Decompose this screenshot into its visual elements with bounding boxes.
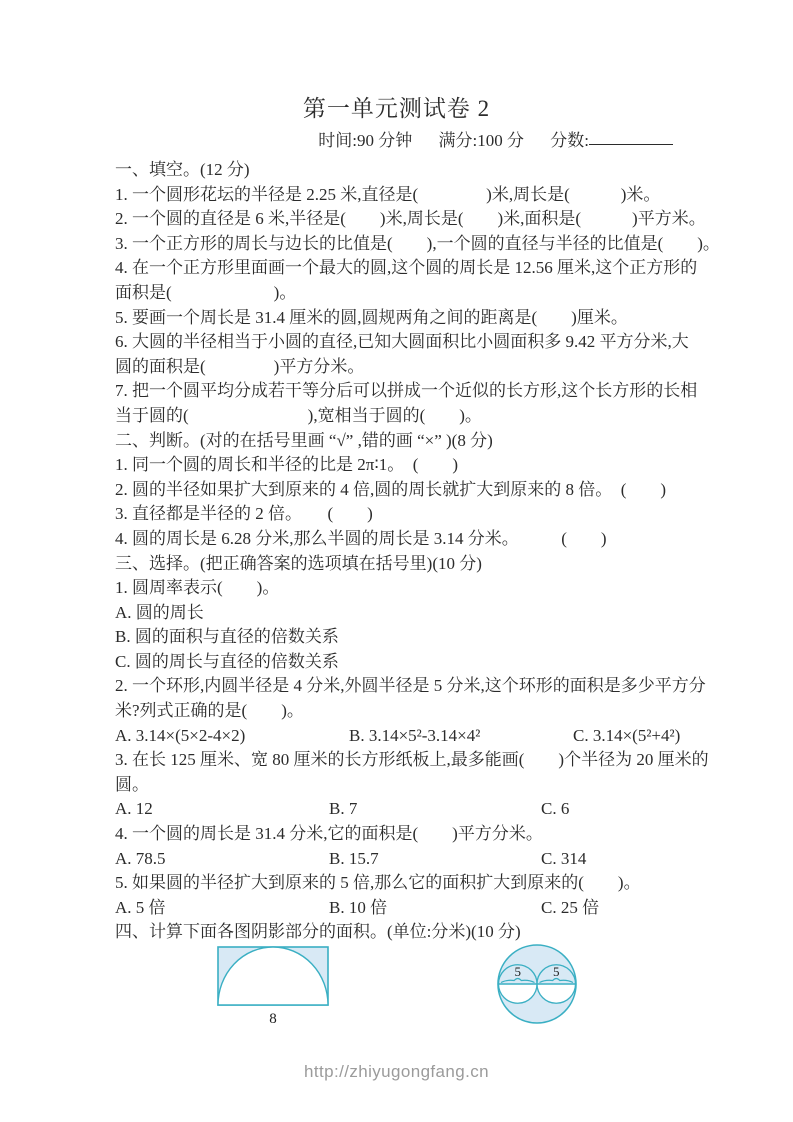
double-circle-figure: 5 5: [495, 942, 581, 1028]
choice-q4: 4. 一个圆的周长是 31.4 分米,它的面积是( )平方分米。: [115, 822, 793, 847]
choice-q5-options-row: A. 5 倍 B. 10 倍 C. 25 倍: [115, 896, 793, 921]
choice-q3-line2: 圆。: [115, 773, 793, 798]
time-label: 时间:90 分钟: [318, 131, 412, 150]
exam-info-line: 时间:90 分钟 满分:100 分 分数:: [0, 130, 673, 152]
right-small-circle-label: 5: [553, 964, 560, 979]
fill-q2: 2. 一个圆的直径是 6 米,半径是( )米,周长是( )米,面积是( )平方米…: [115, 207, 793, 232]
judge-q2: 2. 圆的半径如果扩大到原来的 4 倍,圆的周长就扩大到原来的 8 倍。 ( ): [115, 478, 793, 503]
page-title: 第一单元测试卷 2: [0, 0, 793, 122]
choice-q4-option-b: B. 15.7: [329, 847, 541, 872]
judge-q1: 1. 同一个圆的周长和半径的比是 2π∶1。 ( ): [115, 453, 793, 478]
fill-q7-line1: 7. 把一个圆平均分成若干等分后可以拼成一个近似的长方形,这个长方形的长相: [115, 379, 793, 404]
fill-q1: 1. 一个圆形花坛的半径是 2.25 米,直径是( )米,周长是( )米。: [115, 183, 793, 208]
section-fill-heading: 一、填空。(12 分): [115, 158, 793, 183]
choice-q2-line2: 米?列式正确的是( )。: [115, 699, 793, 724]
watermark-url: http://zhiyugongfang.cn: [0, 1062, 793, 1082]
choice-q3-option-c: C. 6: [541, 797, 793, 822]
choice-q3-options-row: A. 12 B. 7 C. 6: [115, 797, 793, 822]
fill-q4-line2: 面积是( )。: [115, 281, 793, 306]
choice-q3-line1: 3. 在长 125 厘米、宽 80 厘米的长方形纸板上,最多能画( )个半径为 …: [115, 748, 793, 773]
choice-q5: 5. 如果圆的半径扩大到原来的 5 倍,那么它的面积扩大到原来的( )。: [115, 871, 793, 896]
choice-q5-option-b: B. 10 倍: [329, 896, 541, 921]
choice-q2-options-row: A. 3.14×(5×2-4×2) B. 3.14×5²-3.14×4² C. …: [115, 724, 793, 749]
paper-body: 一、填空。(12 分) 1. 一个圆形花坛的半径是 2.25 米,直径是( )米…: [0, 158, 793, 1029]
choice-q5-option-a: A. 5 倍: [115, 896, 329, 921]
section-judge-heading: 二、判断。(对的在括号里画 “√” ,错的画 “×” )(8 分): [115, 429, 793, 454]
choice-q4-options-row: A. 78.5 B. 15.7 C. 314: [115, 847, 793, 872]
choice-q3-option-b: B. 7: [329, 797, 541, 822]
section-calc-heading: 四、计算下面各图阴影部分的面积。(单位:分米)(10 分): [115, 920, 793, 945]
choice-q2-option-a: A. 3.14×(5×2-4×2): [115, 724, 349, 749]
choice-q1-option-a: A. 圆的周长: [115, 601, 793, 626]
score-blank-underline: [589, 130, 673, 145]
left-small-circle-label: 5: [515, 964, 522, 979]
choice-q1: 1. 圆周率表示( )。: [115, 576, 793, 601]
choice-q3-option-a: A. 12: [115, 797, 329, 822]
rectangle-semicircle-figure: 8: [217, 946, 347, 1026]
section-choice-heading: 三、选择。(把正确答案的选项填在括号里)(10 分): [115, 552, 793, 577]
choice-q4-option-c: C. 314: [541, 847, 793, 872]
choice-q2-option-b: B. 3.14×5²-3.14×4²: [349, 724, 573, 749]
fill-q3: 3. 一个正方形的周长与边长的比值是( ),一个圆的直径与半径的比值是( )。: [115, 232, 793, 257]
score-label: 分数:: [550, 131, 589, 150]
choice-q5-option-c: C. 25 倍: [541, 896, 793, 921]
judge-q3: 3. 直径都是半径的 2 倍。 ( ): [115, 502, 793, 527]
choice-q2-option-c: C. 3.14×(5²+4²): [573, 724, 793, 749]
choice-q2-line1: 2. 一个环形,内圆半径是 4 分米,外圆半径是 5 分米,这个环形的面积是多少…: [115, 674, 793, 699]
fill-q4-line1: 4. 在一个正方形里面画一个最大的圆,这个圆的周长是 12.56 厘米,这个正方…: [115, 256, 793, 281]
rectangle-width-label: 8: [269, 1011, 277, 1026]
fill-q5: 5. 要画一个周长是 31.4 厘米的圆,圆规两角之间的距离是( )厘米。: [115, 306, 793, 331]
test-paper-page: 第一单元测试卷 2 时间:90 分钟 满分:100 分 分数: 一、填空。(12…: [0, 0, 793, 1122]
fill-q6-line2: 圆的面积是( )平方分米。: [115, 355, 793, 380]
fill-q7-line2: 当于圆的( ),宽相当于圆的( )。: [115, 404, 793, 429]
choice-q4-option-a: A. 78.5: [115, 847, 329, 872]
shaded-area-figures: 8 5 5: [115, 945, 793, 1029]
full-score-label: 满分:100 分: [439, 131, 524, 150]
fill-q6-line1: 6. 大圆的半径相当于小圆的直径,已知大圆面积比小圆面积多 9.42 平方分米,…: [115, 330, 793, 355]
choice-q1-option-c: C. 圆的周长与直径的倍数关系: [115, 650, 793, 675]
choice-q1-option-b: B. 圆的面积与直径的倍数关系: [115, 625, 793, 650]
judge-q4: 4. 圆的周长是 6.28 分米,那么半圆的周长是 3.14 分米。 ( ): [115, 527, 793, 552]
